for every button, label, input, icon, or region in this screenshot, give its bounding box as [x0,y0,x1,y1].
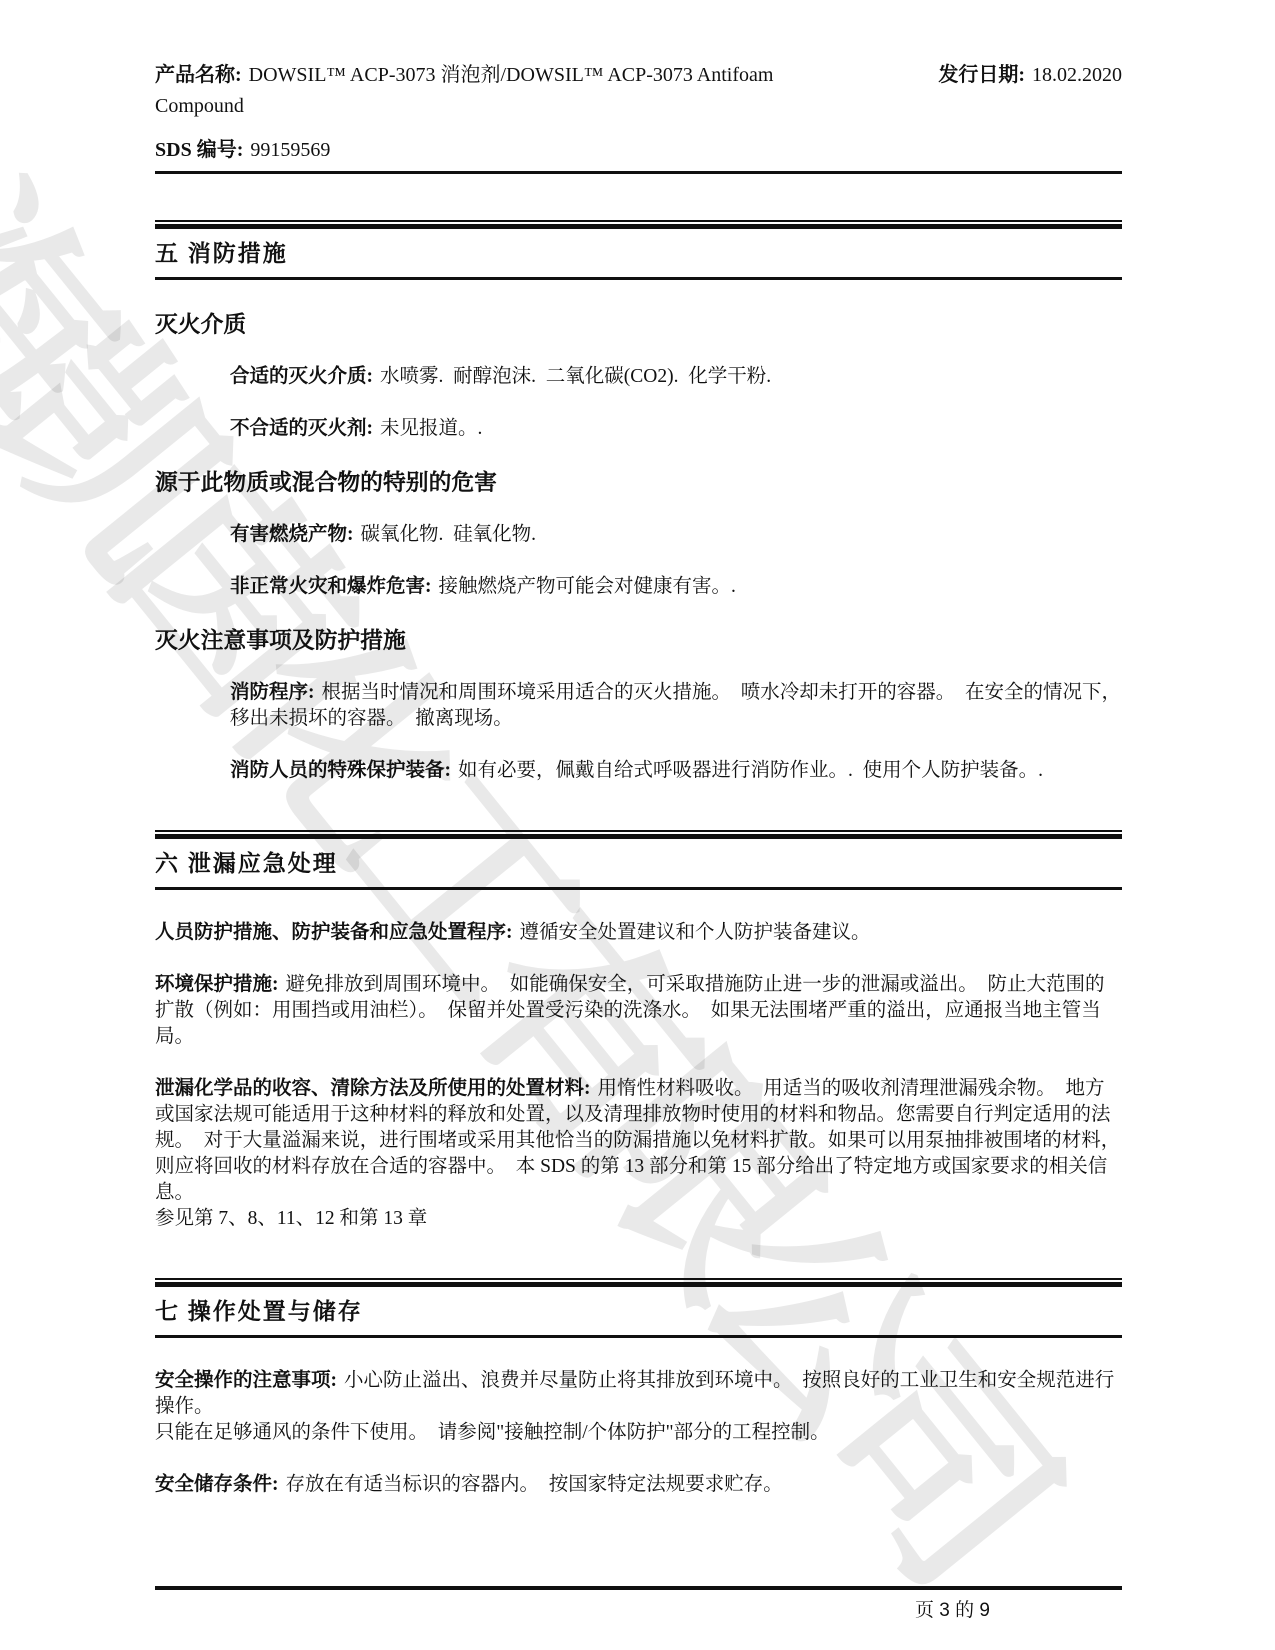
field-label: 人员防护措施、防护装备和应急处置程序: [155,922,513,943]
document-footer: 页 3 的 9 [155,1586,1122,1622]
field-label: 消防程序: [230,682,315,703]
issue-date-block: 发行日期:18.02.2020 [938,60,1122,91]
section-7-title: 七 操作处置与储存 [155,1298,1122,1326]
field-label: 不合适的灭火剂: [230,418,373,439]
field-label: 合适的灭火介质: [230,366,373,387]
field-text: 未见报道。. [380,418,482,439]
section-6-title: 六 泄漏应急处理 [155,850,1122,878]
field-text: 碳氧化物. 硅氧化物. [361,524,537,545]
section-5-body: 灭火介质 合适的灭火介质:水喷雾. 耐醇泡沫. 二氧化碳(CO2). 化学干粉.… [155,280,1122,784]
field-label: 消防人员的特殊保护装备: [230,760,451,781]
field-text: 根据当时情况和周围环境采用适合的灭火措施。 喷水冷却未打开的容器。 在安全的情况… [230,682,1121,729]
field-text: 遵循安全处置建议和个人防护装备建议。 [520,922,871,943]
header-divider [155,171,1122,174]
field-label: 安全操作的注意事项: [155,1370,337,1391]
paragraph-unsuitable-media: 不合适的灭火剂:未见报道。. [230,416,1122,442]
field-label: 安全储存条件: [155,1474,279,1495]
subheading-extinguishing-media: 灭火介质 [155,312,1122,338]
footer-divider [155,1586,1122,1590]
subheading-special-hazards: 源于此物质或混合物的特别的危害 [155,470,1122,496]
paragraph-fire-procedures: 消防程序:根据当时情况和周围环境采用适合的灭火措施。 喷水冷却未打开的容器。 在… [230,680,1122,732]
subheading-firefighting-precautions: 灭火注意事项及防护措施 [155,628,1122,654]
sds-number-label: SDS 编号: [155,139,243,161]
field-text: 水喷雾. 耐醇泡沫. 二氧化碳(CO2). 化学干粉. [380,366,771,387]
document-header: 产品名称:DOWSIL™ ACP-3073 消泡剂/DOWSIL™ ACP-30… [155,60,1122,122]
section-rule [155,1282,1122,1287]
product-name-label: 产品名称: [155,64,242,86]
sds-number-block: SDS 编号:99159569 [155,135,1122,165]
paragraph-containment-cleanup: 泄漏化学品的收容、清除方法及所使用的处置材料:用惰性材料吸收。 用适当的吸收剂清… [155,1076,1122,1206]
paragraph-combustion-products: 有害燃烧产物:碳氧化物. 硅氧化物. [230,522,1122,548]
section-rule [155,224,1122,229]
field-text: 如有必要，佩戴自给式呼吸器进行消防作业。. 使用个人防护装备。. [458,760,1043,781]
issue-date-label: 发行日期: [938,64,1025,86]
issue-date-value: 18.02.2020 [1032,64,1122,86]
section-rule [155,220,1122,222]
field-text: 存放在有适当标识的容器内。 按国家特定法规要求贮存。 [286,1474,783,1495]
product-name-line2: Compound [155,91,773,122]
paragraph-environmental-precautions: 环境保护措施:避免排放到周围环境中。 如能确保安全，可采取措施防止进一步的泄漏或… [155,972,1122,1050]
paragraph-suitable-media: 合适的灭火介质:水喷雾. 耐醇泡沫. 二氧化碳(CO2). 化学干粉. [230,364,1122,390]
paragraph-firefighter-equipment: 消防人员的特殊保护装备:如有必要，佩戴自给式呼吸器进行消防作业。. 使用个人防护… [230,758,1122,784]
document-content: 产品名称:DOWSIL™ ACP-3073 消泡剂/DOWSIL™ ACP-30… [155,60,1122,1498]
section-5-header: 五 消防措施 [155,220,1122,280]
paragraph-safe-storage: 安全储存条件:存放在有适当标识的容器内。 按国家特定法规要求贮存。 [155,1472,1122,1498]
section-7-body: 安全操作的注意事项:小心防止溢出、浪费并尽量防止将其排放到环境中。 按照良好的工… [155,1338,1122,1498]
paragraph-unusual-hazards: 非正常火灾和爆炸危害:接触燃烧产物可能会对健康有害。. [230,574,1122,600]
section-7-header: 七 操作处置与储存 [155,1278,1122,1338]
sds-number-value: 99159569 [250,139,330,161]
sds-document-page: 上海凯茵化工有限公司 产品名称:DOWSIL™ ACP-3073 消泡剂/DOW… [0,0,1275,1650]
field-text: 接触燃烧产物可能会对健康有害。. [439,576,736,597]
section-rule [155,830,1122,832]
section-rule [155,834,1122,839]
paragraph-see-sections-note: 参见第 7、8、11、12 和第 13 章 [155,1206,1122,1232]
field-label: 泄漏化学品的收容、清除方法及所使用的处置材料: [155,1078,591,1099]
field-label: 非正常火灾和爆炸危害: [230,576,432,597]
product-name-value: DOWSIL™ ACP-3073 消泡剂/DOWSIL™ ACP-3073 An… [249,64,774,86]
field-label: 环境保护措施: [155,974,279,995]
section-6-header: 六 泄漏应急处理 [155,830,1122,890]
section-6-body: 人员防护措施、防护装备和应急处置程序:遵循安全处置建议和个人防护装备建议。 环境… [155,890,1122,1232]
page-number: 页 3 的 9 [155,1595,1122,1622]
paragraph-personal-precautions: 人员防护措施、防护装备和应急处置程序:遵循安全处置建议和个人防护装备建议。 [155,920,1122,946]
field-text: 避免排放到周围环境中。 如能确保安全，可采取措施防止进一步的泄漏或溢出。 防止大… [155,974,1105,1047]
product-name-block: 产品名称:DOWSIL™ ACP-3073 消泡剂/DOWSIL™ ACP-30… [155,60,773,122]
paragraph-ventilation-note: 只能在足够通风的条件下使用。 请参阅"接触控制/个体防护"部分的工程控制。 [155,1420,1122,1446]
section-rule [155,1278,1122,1280]
paragraph-safe-handling: 安全操作的注意事项:小心防止溢出、浪费并尽量防止将其排放到环境中。 按照良好的工… [155,1368,1122,1420]
section-5-title: 五 消防措施 [155,240,1122,268]
field-label: 有害燃烧产物: [230,524,354,545]
